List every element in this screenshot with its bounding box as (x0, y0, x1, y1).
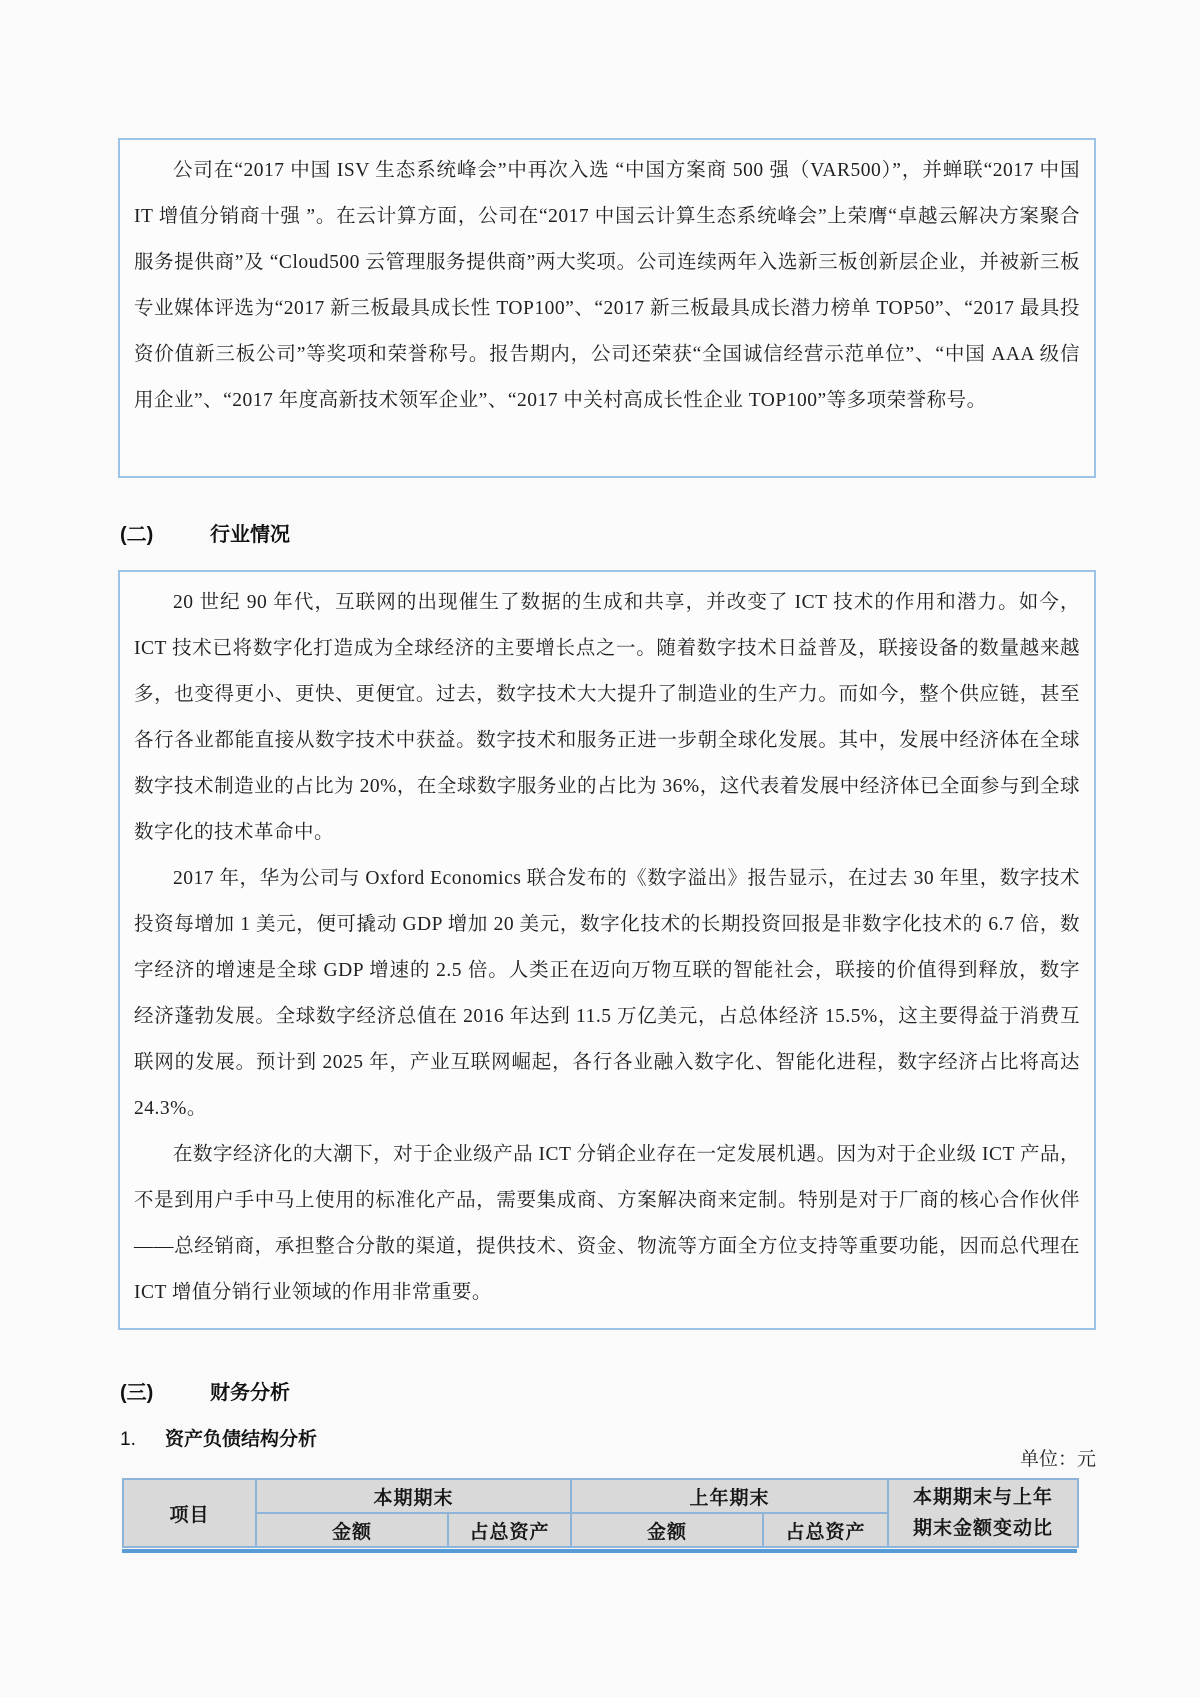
col-prior-pct-header: 占总资产 (763, 1513, 888, 1547)
industry-paragraph-3: 在数字经济化的大潮下，对于企业级产品 ICT 分销企业存在一定发展机遇。因为对于… (134, 1132, 1080, 1316)
section-title: 财务分析 (210, 1382, 290, 1404)
col-item-header: 项目 (123, 1479, 256, 1547)
col-change-header: 本期期末与上年 期末金额变动比 (888, 1479, 1078, 1547)
section-title: 行业情况 (210, 524, 290, 546)
col-current-pct-header: 占总资产 (448, 1513, 571, 1547)
subsection-title: 资产负债结构分析 (165, 1429, 317, 1450)
col-prior-amount-header: 金额 (571, 1513, 763, 1547)
col-current-amount-header: 金额 (256, 1513, 448, 1547)
col-change-header-line2: 期末金额变动比 (889, 1513, 1077, 1544)
document-page: 公司在“2017 中国 ISV 生态系统峰会”中再次入选 “中国方案商 500 … (0, 0, 1200, 1697)
intro-text-box: 公司在“2017 中国 ISV 生态系统峰会”中再次入选 “中国方案商 500 … (118, 138, 1096, 478)
section-number: (二) (120, 518, 210, 547)
industry-paragraph-1: 20 世纪 90 年代，互联网的出现催生了数据的生成和共享，并改变了 ICT 技… (134, 580, 1080, 856)
col-change-header-line1: 本期期末与上年 (889, 1482, 1077, 1513)
balance-table: 项目 本期期末 上年期末 本期期末与上年 期末金额变动比 金额 占总资产 金额 … (122, 1478, 1079, 1548)
section-heading-industry: (二)行业情况 (120, 518, 290, 547)
subsection-heading-balance: 1.资产负债结构分析 (120, 1424, 317, 1451)
subsection-number: 1. (120, 1429, 165, 1451)
section-number: (三) (120, 1376, 210, 1405)
section-heading-finance: (三)财务分析 (120, 1376, 290, 1405)
balance-table-wrap: 项目 本期期末 上年期末 本期期末与上年 期末金额变动比 金额 占总资产 金额 … (122, 1478, 1077, 1553)
intro-paragraph: 公司在“2017 中国 ISV 生态系统峰会”中再次入选 “中国方案商 500 … (134, 148, 1080, 424)
industry-text-box: 20 世纪 90 年代，互联网的出现催生了数据的生成和共享，并改变了 ICT 技… (118, 570, 1096, 1330)
unit-note: 单位：元 (1020, 1444, 1096, 1471)
industry-paragraph-2: 2017 年，华为公司与 Oxford Economics 联合发布的《数字溢出… (134, 856, 1080, 1132)
col-current-period-header: 本期期末 (256, 1479, 571, 1513)
col-prior-period-header: 上年期末 (571, 1479, 888, 1513)
